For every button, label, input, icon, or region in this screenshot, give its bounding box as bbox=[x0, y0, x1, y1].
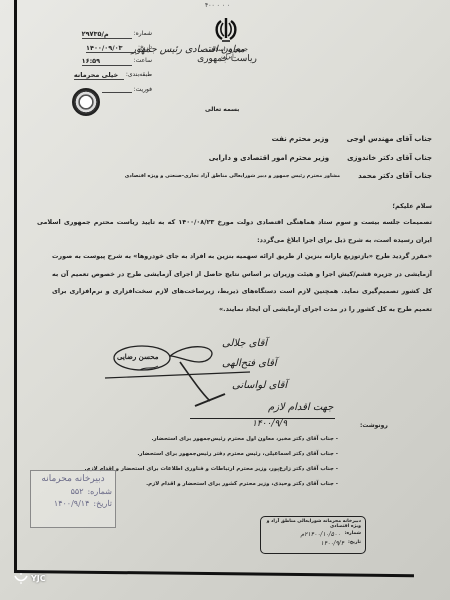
stamp-date-label: تاریخ: bbox=[348, 540, 361, 547]
secretariat-stamp-right: دبیرخانه محرمانه شورایعالی مناطق آزاد و … bbox=[260, 516, 366, 554]
secretariat-stamp-left: دبیرخانه محرمانه شماره: ۵۵۲ تاریخ: ۱۴۰۰/… bbox=[30, 470, 116, 528]
page-border-left bbox=[14, 0, 17, 572]
official-seal-icon bbox=[72, 88, 100, 116]
stamp-number-label: شماره: bbox=[87, 487, 112, 496]
body-paragraph-2: «مقرر گردید طرح «بازتوزیع یارانه بنزین ا… bbox=[52, 248, 432, 318]
stamp-title: دبیرخانه محرمانه شورایعالی مناطق آزاد و … bbox=[265, 519, 361, 529]
body-paragraph-1: تصمیمات جلسه بیست و سوم ستاد هماهنگی اقت… bbox=[37, 214, 432, 249]
stamp-title: دبیرخانه محرمانه bbox=[34, 474, 112, 484]
yjc-logo-icon bbox=[14, 572, 28, 584]
recipient-3: جناب آقای دکتر محمد مشاور محترم رئیس جمه… bbox=[125, 172, 432, 180]
meta-time-label: ساعت: bbox=[134, 57, 152, 66]
body-paragraph-text: «مقرر گردید طرح «بازتوزیع یارانه بنزین ا… bbox=[52, 248, 432, 318]
handwritten-note-3: آقای لواسانی bbox=[232, 380, 287, 391]
watermark-text: YJC bbox=[31, 574, 46, 583]
meta-classification-label: طبقه‌بندی: bbox=[126, 71, 152, 80]
stamp-date-value: ۱۴۰۰/۹/۴ bbox=[321, 540, 344, 547]
page-border-bottom bbox=[14, 570, 414, 577]
greeting: سلام علیکم؛ bbox=[392, 202, 432, 210]
stamp-date-row: تاریخ: ۱۴۰۰/۹/۴ bbox=[265, 540, 361, 547]
yjc-watermark: YJC bbox=[14, 572, 46, 584]
cc-item: جناب آقای دکتر اسماعیلی، رئیس محترم دفتر… bbox=[18, 447, 338, 462]
handwritten-note-1: آقای جلالی bbox=[222, 338, 267, 349]
signatory-name: محسن رضایی bbox=[117, 352, 159, 361]
body-paragraph-text: تصمیمات جلسه بیست و سوم ستاد هماهنگی اقت… bbox=[37, 214, 432, 249]
stamp-number-row: شماره: ۲۱۴۰۰/۱۰/۵۰۰م bbox=[265, 531, 361, 538]
meta-urgency-label: فوریت: bbox=[134, 86, 152, 93]
meta-number-label: شماره: bbox=[134, 30, 152, 39]
recipient-2: جناب آقای دکتر خاندوزی وزیر محترم امور ا… bbox=[209, 154, 432, 162]
top-mark: ۴۰۰ ۰ ۰ ۰ bbox=[205, 2, 230, 9]
invocation: بسمه تعالی bbox=[205, 106, 239, 113]
stamp-number-value: ۲۱۴۰۰/۱۰/۵۰۰م bbox=[300, 531, 340, 538]
recipient-1: جناب آقای مهندس اوجی وزیر محترم نفت bbox=[272, 135, 432, 143]
stamp-number-value: ۵۵۲ bbox=[71, 487, 84, 496]
handwritten-date: ۱۴۰۰/۹/۹ bbox=[252, 419, 287, 429]
stamp-number-label: شماره: bbox=[344, 531, 361, 538]
cc-item: جناب آقای دکتر مخبر، معاون اول محترم رئی… bbox=[18, 432, 338, 447]
meta-number-value: ۲۹۷۳۵/م bbox=[82, 30, 132, 39]
meta-urgency: فوریت: bbox=[98, 86, 152, 93]
stamp-number-row: شماره: ۵۵۲ bbox=[34, 487, 112, 496]
cc-label: رونوشت: bbox=[360, 422, 388, 429]
meta-date-label: تاریخ: bbox=[138, 44, 152, 53]
emblem-caption-presidency: ریاست جمهوری bbox=[196, 54, 258, 64]
handwritten-note-4: جهت اقدام لازم bbox=[268, 402, 333, 413]
meta-time: ساعت: ۱۶:۵۹ bbox=[72, 57, 152, 66]
meta-urgency-value bbox=[102, 86, 132, 93]
stamp-date-value: ۱۴۰۰/۹/۱۴ bbox=[54, 499, 89, 508]
meta-date: تاریخ: ۱۴۰۰/۰۹/۰۳ bbox=[72, 44, 152, 53]
document-page: ۴۰۰ ۰ ۰ ۰ جمهوری اسلامی ایران ریاست جمهو… bbox=[0, 0, 450, 600]
meta-number: شماره: ۲۹۷۳۵/م bbox=[72, 30, 152, 39]
meta-classification-value: خیلی محرمانه bbox=[74, 71, 124, 80]
stamp-date-label: تاریخ: bbox=[93, 499, 112, 508]
handwritten-note-2: آقای فتح‌الهی bbox=[222, 358, 277, 369]
meta-time-value: ۱۶:۵۹ bbox=[82, 57, 132, 66]
recipient-name: جناب آقای دکتر محمد bbox=[358, 172, 432, 180]
iran-emblem-icon bbox=[213, 16, 239, 44]
meta-date-value: ۱۴۰۰/۰۹/۰۳ bbox=[86, 44, 136, 53]
stamp-date-row: تاریخ: ۱۴۰۰/۹/۱۴ bbox=[34, 499, 112, 508]
recipient-name: جناب آقای مهندس اوجی bbox=[347, 135, 432, 143]
recipient-title: وزیر محترم نفت bbox=[272, 135, 329, 143]
recipient-title: وزیر محترم امور اقتصادی و دارایی bbox=[209, 154, 329, 162]
meta-classification: طبقه‌بندی: خیلی محرمانه bbox=[72, 71, 152, 80]
recipient-title: مشاور محترم رئیس جمهور و دبیر شورایعالی … bbox=[125, 173, 340, 180]
recipient-name: جناب آقای دکتر خاندوزی bbox=[347, 154, 432, 162]
